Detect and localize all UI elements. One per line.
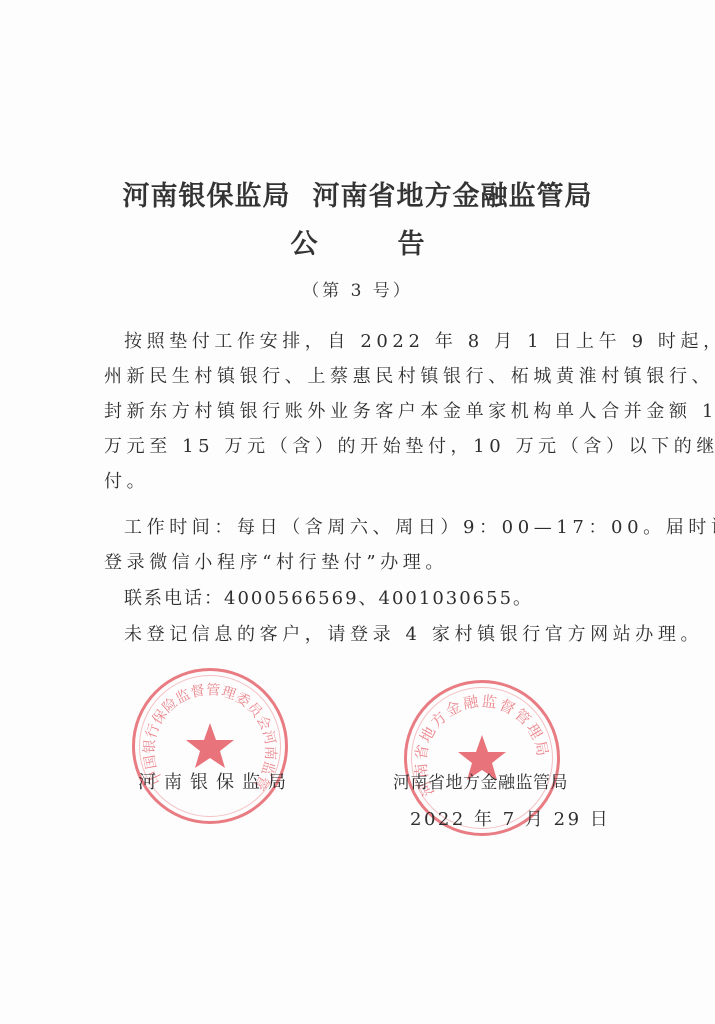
subtitle-char-2: 告 [398, 222, 425, 261]
paragraph-line: 封新东方村镇银行账外业务客户本金单家机构单人合并金额 10 [104, 394, 586, 429]
official-seal-left: 中国银行保险监督管理委员会河南监管局 [132, 668, 288, 824]
subtitle-char-1: 公 [291, 222, 318, 261]
title-issuer-2: 河南省地方金融监管局 [313, 181, 593, 212]
paragraph-unregistered-customers: 未登记信息的客户，请登录 4 家村镇银行官方网站办理。 [104, 617, 586, 652]
paragraph-line: 付。 [104, 464, 586, 499]
signature-left: 河南银保监局 [138, 768, 294, 794]
paragraph-line: 州新民生村镇银行、上蔡惠民村镇银行、柘城黄淮村镇银行、开 [104, 359, 586, 394]
document-title: 河南银保监局河南省地方金融监管局 [0, 174, 715, 213]
issue-date: 2022 年 7 月 29 日 [410, 805, 610, 831]
paragraph-advance-payment: 按照垫付工作安排，自 2022 年 8 月 1 日上午 9 时起，对禹 州新民生… [104, 324, 586, 499]
paragraph-working-hours: 工作时间：每日（含周六、周日）9：00—17：00。届时请 登录微信小程序“村行… [104, 510, 586, 580]
paragraph-line: 未登记信息的客户，请登录 4 家村镇银行官方网站办理。 [104, 617, 586, 652]
title-issuer-1: 河南银保监局 [123, 181, 291, 212]
issue-number: （第 3 号） [0, 276, 715, 301]
paragraph-line: 登录微信小程序“村行垫付”办理。 [104, 545, 586, 580]
paragraph-line: 按照垫付工作安排，自 2022 年 8 月 1 日上午 9 时起，对禹 [104, 324, 586, 359]
announcement-page: 河南银保监局河南省地方金融监管局 公告 （第 3 号） 按照垫付工作安排，自 2… [0, 0, 715, 1024]
paragraph-line: 工作时间：每日（含周六、周日）9：00—17：00。届时请 [104, 510, 586, 545]
signature-right: 河南省地方金融监管局 [393, 768, 568, 793]
paragraph-contact-phone: 联系电话：4000566569、4001030655。 [104, 581, 586, 616]
document-subtitle: 公告 [0, 222, 715, 261]
seal-star-icon: 中国银行保险监督管理委员会河南监管局 [135, 671, 285, 821]
paragraph-line: 联系电话：4000566569、4001030655。 [104, 581, 586, 616]
paragraph-line: 万元至 15 万元（含）的开始垫付，10 万元（含）以下的继续垫 [104, 429, 586, 464]
